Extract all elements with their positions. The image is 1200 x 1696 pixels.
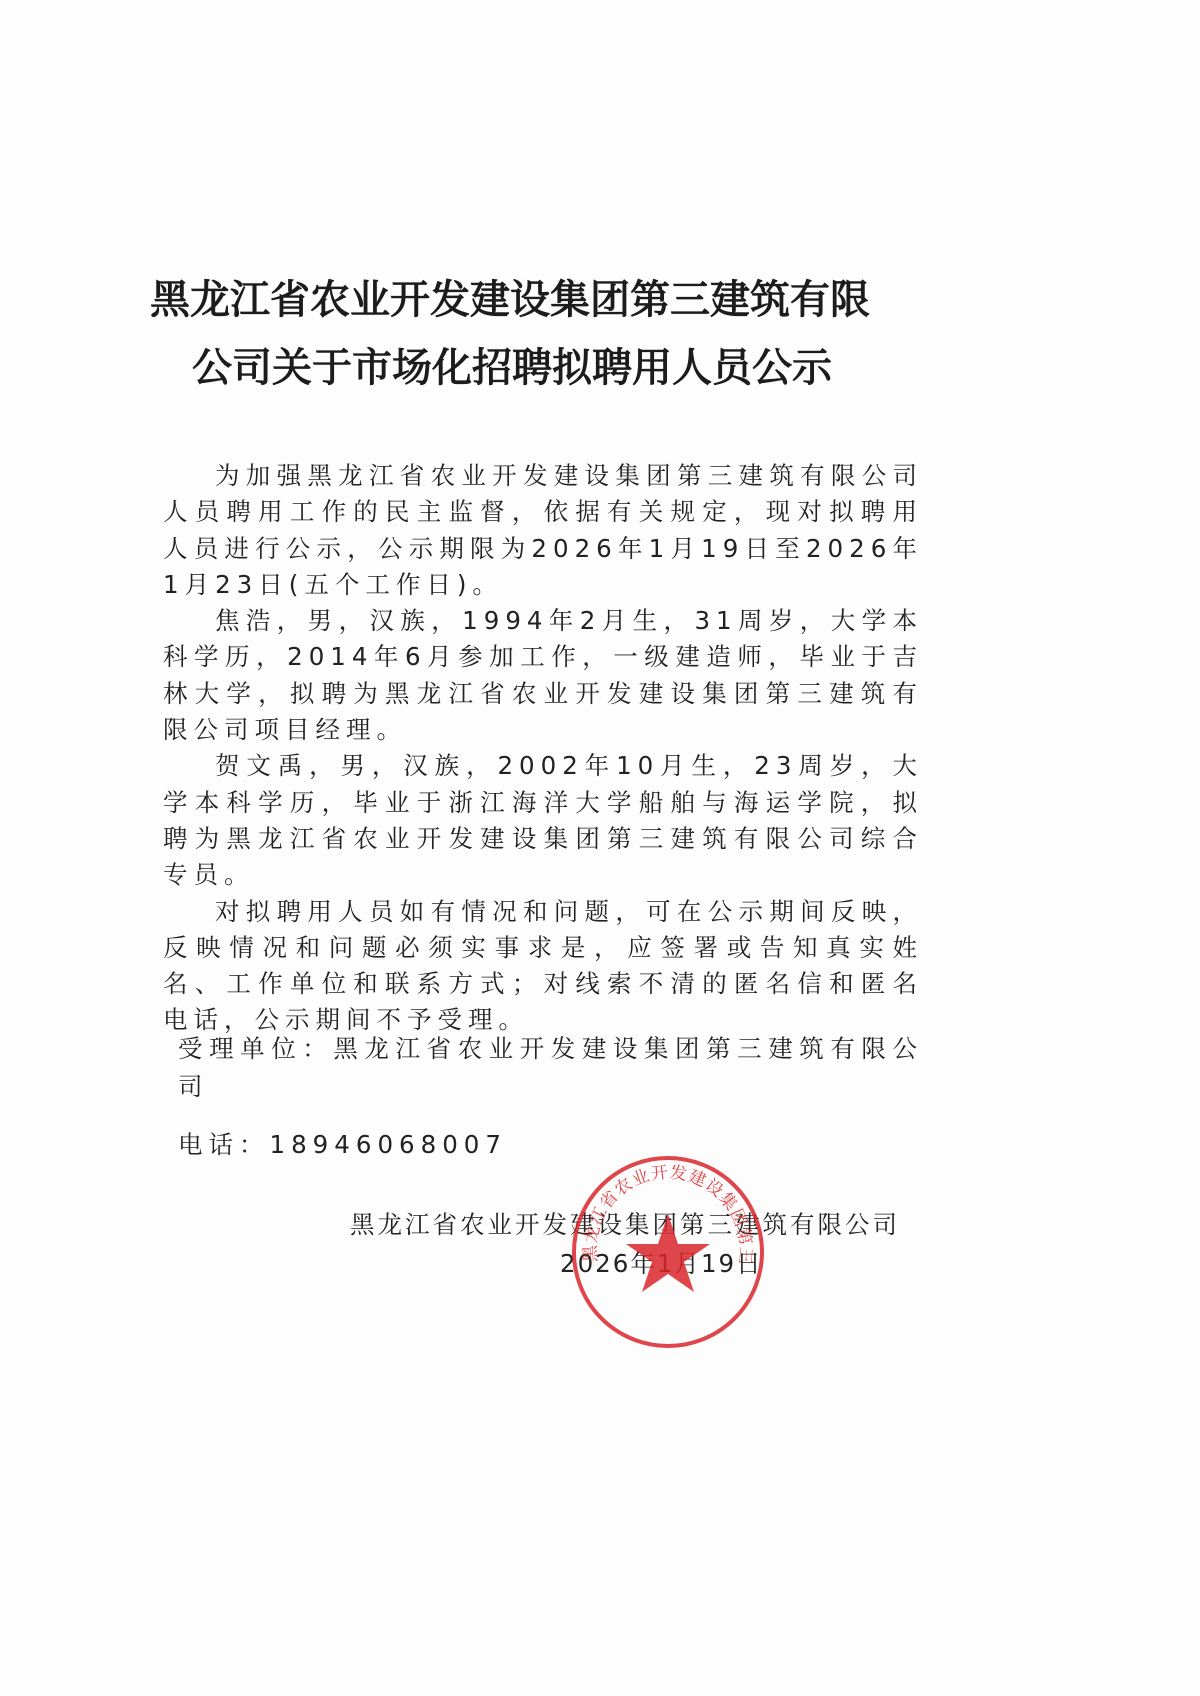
contact-phone: 电话：18946068007 <box>178 1126 507 1161</box>
paragraph-candidate-1: 焦浩，男，汉族，1994年2月生，31周岁，大学本科学历，2014年6月参加工作… <box>163 603 923 748</box>
contact-unit-text: 受理单位：黑龙江省农业开发建设集团第三建筑有限公司 <box>178 1030 923 1106</box>
document-title-line-1: 黑龙江省农业开发建设集团第三建筑有限 <box>150 268 930 325</box>
paragraph-candidate-2: 贺文禹，男，汉族，2002年10月生，23周岁，大学本科学历，毕业于浙江海洋大学… <box>163 748 923 893</box>
paragraph-intro: 为加强黑龙江省农业开发建设集团第三建筑有限公司人员聘用工作的民主监督，依据有关规… <box>163 458 923 603</box>
contact-unit: 受理单位：黑龙江省农业开发建设集团第三建筑有限公司 <box>178 1030 923 1106</box>
document-title-line-2: 公司关于市场化招聘拟聘用人员公示 <box>192 336 972 393</box>
document-page: 黑龙江省农业开发建设集团第三建筑有限 公司关于市场化招聘拟聘用人员公示 为加强黑… <box>0 0 1200 1696</box>
document-body: 为加强黑龙江省农业开发建设集团第三建筑有限公司人员聘用工作的民主监督，依据有关规… <box>163 458 923 1039</box>
paragraph-feedback: 对拟聘用人员如有情况和问题，可在公示期间反映，反映情况和问题必须实事求是，应签署… <box>163 894 923 1039</box>
official-seal-stamp: 黑龙江省农业开发建设集团第三建筑有限公司 <box>568 1152 768 1352</box>
